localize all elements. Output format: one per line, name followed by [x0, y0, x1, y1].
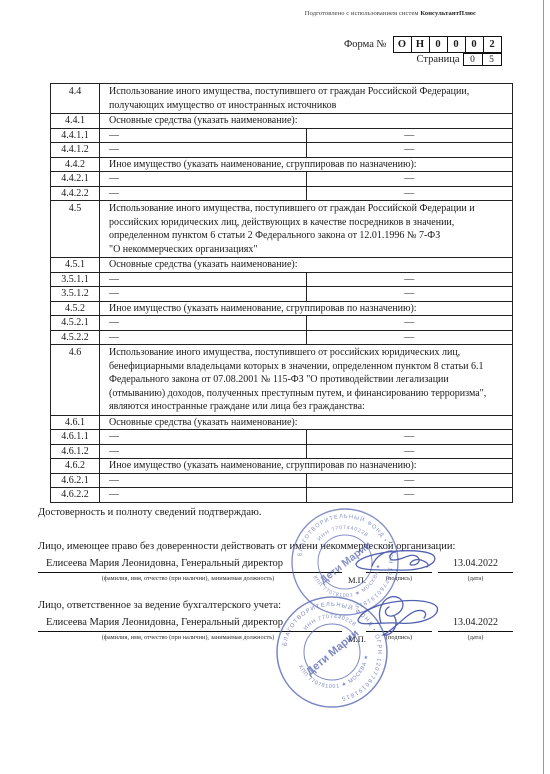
- form-code-row: Форма № О Н 0 0 0 2: [344, 36, 502, 53]
- table-row: 4.4.2.1——: [51, 172, 513, 187]
- row-number-cell: 4.6.2.2: [51, 488, 100, 503]
- page-number-row: Страница 0 5: [344, 53, 502, 66]
- table-row: 4.6.1.1——: [51, 430, 513, 445]
- row-text-cell: —: [100, 128, 307, 143]
- row-number-cell: 4.4.2.1: [51, 172, 100, 187]
- row-text-cell: Основные средства (указать наименование)…: [100, 415, 513, 430]
- form-code-cell: 2: [483, 37, 501, 52]
- row-text-cell: Использование иного имущества, поступивш…: [100, 201, 513, 258]
- round-stamp-2: БЛАГОТВОРИТЕЛЬНЫЙ ФОНД • ОГРН 1207760191…: [277, 597, 387, 707]
- signatory-1-date: 13.04.2022: [438, 558, 513, 573]
- row-number-cell: 4.6.1.1: [51, 430, 100, 445]
- table-row: 3.5.1.1——: [51, 272, 513, 287]
- row-number-cell: 4.5: [51, 201, 100, 258]
- row-text-cell: —: [100, 186, 307, 201]
- signatory-2-date: 13.04.2022: [438, 617, 513, 632]
- table-row: 4.6.1Основные средства (указать наименов…: [51, 415, 513, 430]
- form-code-cell: 0: [465, 37, 483, 52]
- page-label: Страница: [417, 54, 460, 65]
- signatory-2-signature-hint: (подпись): [366, 634, 432, 641]
- row-value-cell: —: [306, 128, 513, 143]
- form-number-header: Форма № О Н 0 0 0 2 Страница 0 5: [344, 36, 502, 66]
- signatory-2-name-hint: (фамилия, имя, отчество (при наличии), з…: [40, 634, 336, 641]
- row-number-cell: 4.5.2.2: [51, 330, 100, 345]
- table-row: 4.5.1Основные средства (указать наименов…: [51, 258, 513, 273]
- signatory-1-name: Елисеева Мария Леонидовна, Генеральный д…: [38, 558, 342, 573]
- row-text-cell: —: [100, 172, 307, 187]
- table-row: 4.4.1Основные средства (указать наименов…: [51, 114, 513, 129]
- signatory-2-seal-label: М.П.: [348, 634, 366, 644]
- table-row: 4.4.1.2——: [51, 143, 513, 158]
- row-text-cell: Использование иного имущества, поступивш…: [100, 84, 513, 114]
- row-value-cell: —: [306, 473, 513, 488]
- table-row: 4.4.1.1——: [51, 128, 513, 143]
- row-text-cell: —: [100, 488, 307, 503]
- row-number-cell: 4.5.2: [51, 301, 100, 316]
- signatory-2-signature-line: [366, 617, 432, 632]
- row-number-cell: 4.4.2: [51, 157, 100, 172]
- document-page: Подготовлено с использованием систем Кон…: [0, 0, 550, 774]
- table-row: 4.6Использование иного имущества, поступ…: [51, 345, 513, 416]
- page-number-cell: 5: [482, 54, 501, 65]
- signatory-2-name: Елисеева Мария Леонидовна, Генеральный д…: [38, 617, 342, 632]
- row-text-cell: Иное имущество (указать наименование, сг…: [100, 157, 513, 172]
- row-number-cell: 4.5.2.1: [51, 316, 100, 331]
- table-row: 4.5.2.2——: [51, 330, 513, 345]
- table-row: 4.6.2.2——: [51, 488, 513, 503]
- row-number-cell: 4.6: [51, 345, 100, 416]
- row-number-cell: 4.4.1.1: [51, 128, 100, 143]
- row-text-cell: —: [100, 287, 307, 302]
- row-number-cell: 4.6.1.2: [51, 444, 100, 459]
- table-row: 4.6.2.1——: [51, 473, 513, 488]
- row-value-cell: —: [306, 330, 513, 345]
- table-row: 4.5.2.1——: [51, 316, 513, 331]
- form-code-cell: Н: [411, 37, 429, 52]
- table-row: 4.5.2Иное имущество (указать наименовани…: [51, 301, 513, 316]
- row-number-cell: 4.4.2.2: [51, 186, 100, 201]
- row-value-cell: —: [306, 272, 513, 287]
- row-text-cell: —: [100, 330, 307, 345]
- table-row: 4.4.2.2——: [51, 186, 513, 201]
- page-number-boxes: 0 5: [463, 53, 502, 66]
- scan-edge-line: [543, 0, 544, 774]
- row-number-cell: 4.4.1: [51, 114, 100, 129]
- row-value-cell: —: [306, 287, 513, 302]
- row-text-cell: —: [100, 143, 307, 158]
- row-number-cell: 3.5.1.2: [51, 287, 100, 302]
- table-row: 4.5Использование иного имущества, поступ…: [51, 201, 513, 258]
- signatory-1-signature-line: [366, 558, 432, 573]
- table-row: 3.5.1.2——: [51, 287, 513, 302]
- row-value-cell: —: [306, 316, 513, 331]
- row-number-cell: 3.5.1.1: [51, 272, 100, 287]
- row-text-cell: —: [100, 444, 307, 459]
- prepared-note: Подготовлено с использованием систем Кон…: [290, 10, 476, 17]
- svg-text:ИНН 7707440228: ИНН 7707440228: [317, 525, 370, 542]
- row-text-cell: Основные средства (указать наименование)…: [100, 258, 513, 273]
- row-number-cell: 4.4.1.2: [51, 143, 100, 158]
- row-text-cell: Иное имущество (указать наименование, сг…: [100, 301, 513, 316]
- signatory-1-name-hint: (фамилия, имя, отчество (при наличии), з…: [40, 575, 336, 582]
- row-value-cell: —: [306, 143, 513, 158]
- signatory-1-seal-label: М.П.: [348, 575, 366, 585]
- page-number-cell: 0: [464, 54, 482, 65]
- svg-text:КПП 770781001 ★ МОСКВА ★: КПП 770781001 ★ МОСКВА ★: [297, 654, 370, 690]
- signatory-1-date-hint: (дата): [438, 575, 513, 582]
- signatory-1-signature-hint: (подпись): [366, 575, 432, 582]
- stamp-inn-text: ИНН 7707440228: [317, 525, 370, 542]
- row-value-cell: —: [306, 444, 513, 459]
- form-code-cell: 0: [429, 37, 447, 52]
- report-table: 4.4Использование иного имущества, поступ…: [50, 83, 513, 503]
- row-number-cell: 4.4: [51, 84, 100, 114]
- row-text-cell: Использование иного имущества, поступивш…: [100, 345, 513, 416]
- form-label: Форма №: [344, 39, 387, 50]
- signatory-1-intro: Лицо, имеющее право без доверенности дей…: [38, 541, 538, 552]
- row-number-cell: 4.6.2.1: [51, 473, 100, 488]
- table-row: 4.4Использование иного имущества, поступ…: [51, 84, 513, 114]
- form-code-cell: О: [394, 37, 411, 52]
- row-text-cell: —: [100, 272, 307, 287]
- row-number-cell: 4.5.1: [51, 258, 100, 273]
- table-row: 4.6.2Иное имущество (указать наименовани…: [51, 459, 513, 474]
- signatory-2-date-hint: (дата): [438, 634, 513, 641]
- stamp-kpp-city-text: КПП 770781001 ★ МОСКВА ★: [297, 654, 370, 690]
- table-row: 4.4.2Иное имущество (указать наименовани…: [51, 157, 513, 172]
- table-row: 4.6.1.2——: [51, 444, 513, 459]
- prepared-note-brand: КонсультантПлюс: [420, 10, 476, 17]
- row-text-cell: Иное имущество (указать наименование, сг…: [100, 459, 513, 474]
- form-code-boxes: О Н 0 0 0 2: [393, 36, 502, 53]
- row-number-cell: 4.6.2: [51, 459, 100, 474]
- row-text-cell: —: [100, 430, 307, 445]
- row-text-cell: —: [100, 316, 307, 331]
- row-value-cell: —: [306, 430, 513, 445]
- row-value-cell: —: [306, 172, 513, 187]
- form-code-cell: 0: [447, 37, 465, 52]
- signatory-2-intro: Лицо, ответственное за ведение бухгалтер…: [38, 600, 538, 611]
- row-number-cell: 4.6.1: [51, 415, 100, 430]
- prepared-note-text: Подготовлено с использованием систем: [305, 10, 421, 17]
- row-value-cell: —: [306, 488, 513, 503]
- row-text-cell: —: [100, 473, 307, 488]
- row-text-cell: Основные средства (указать наименование)…: [100, 114, 513, 129]
- affirmation-text: Достоверность и полноту сведений подтвер…: [38, 507, 262, 518]
- row-value-cell: —: [306, 186, 513, 201]
